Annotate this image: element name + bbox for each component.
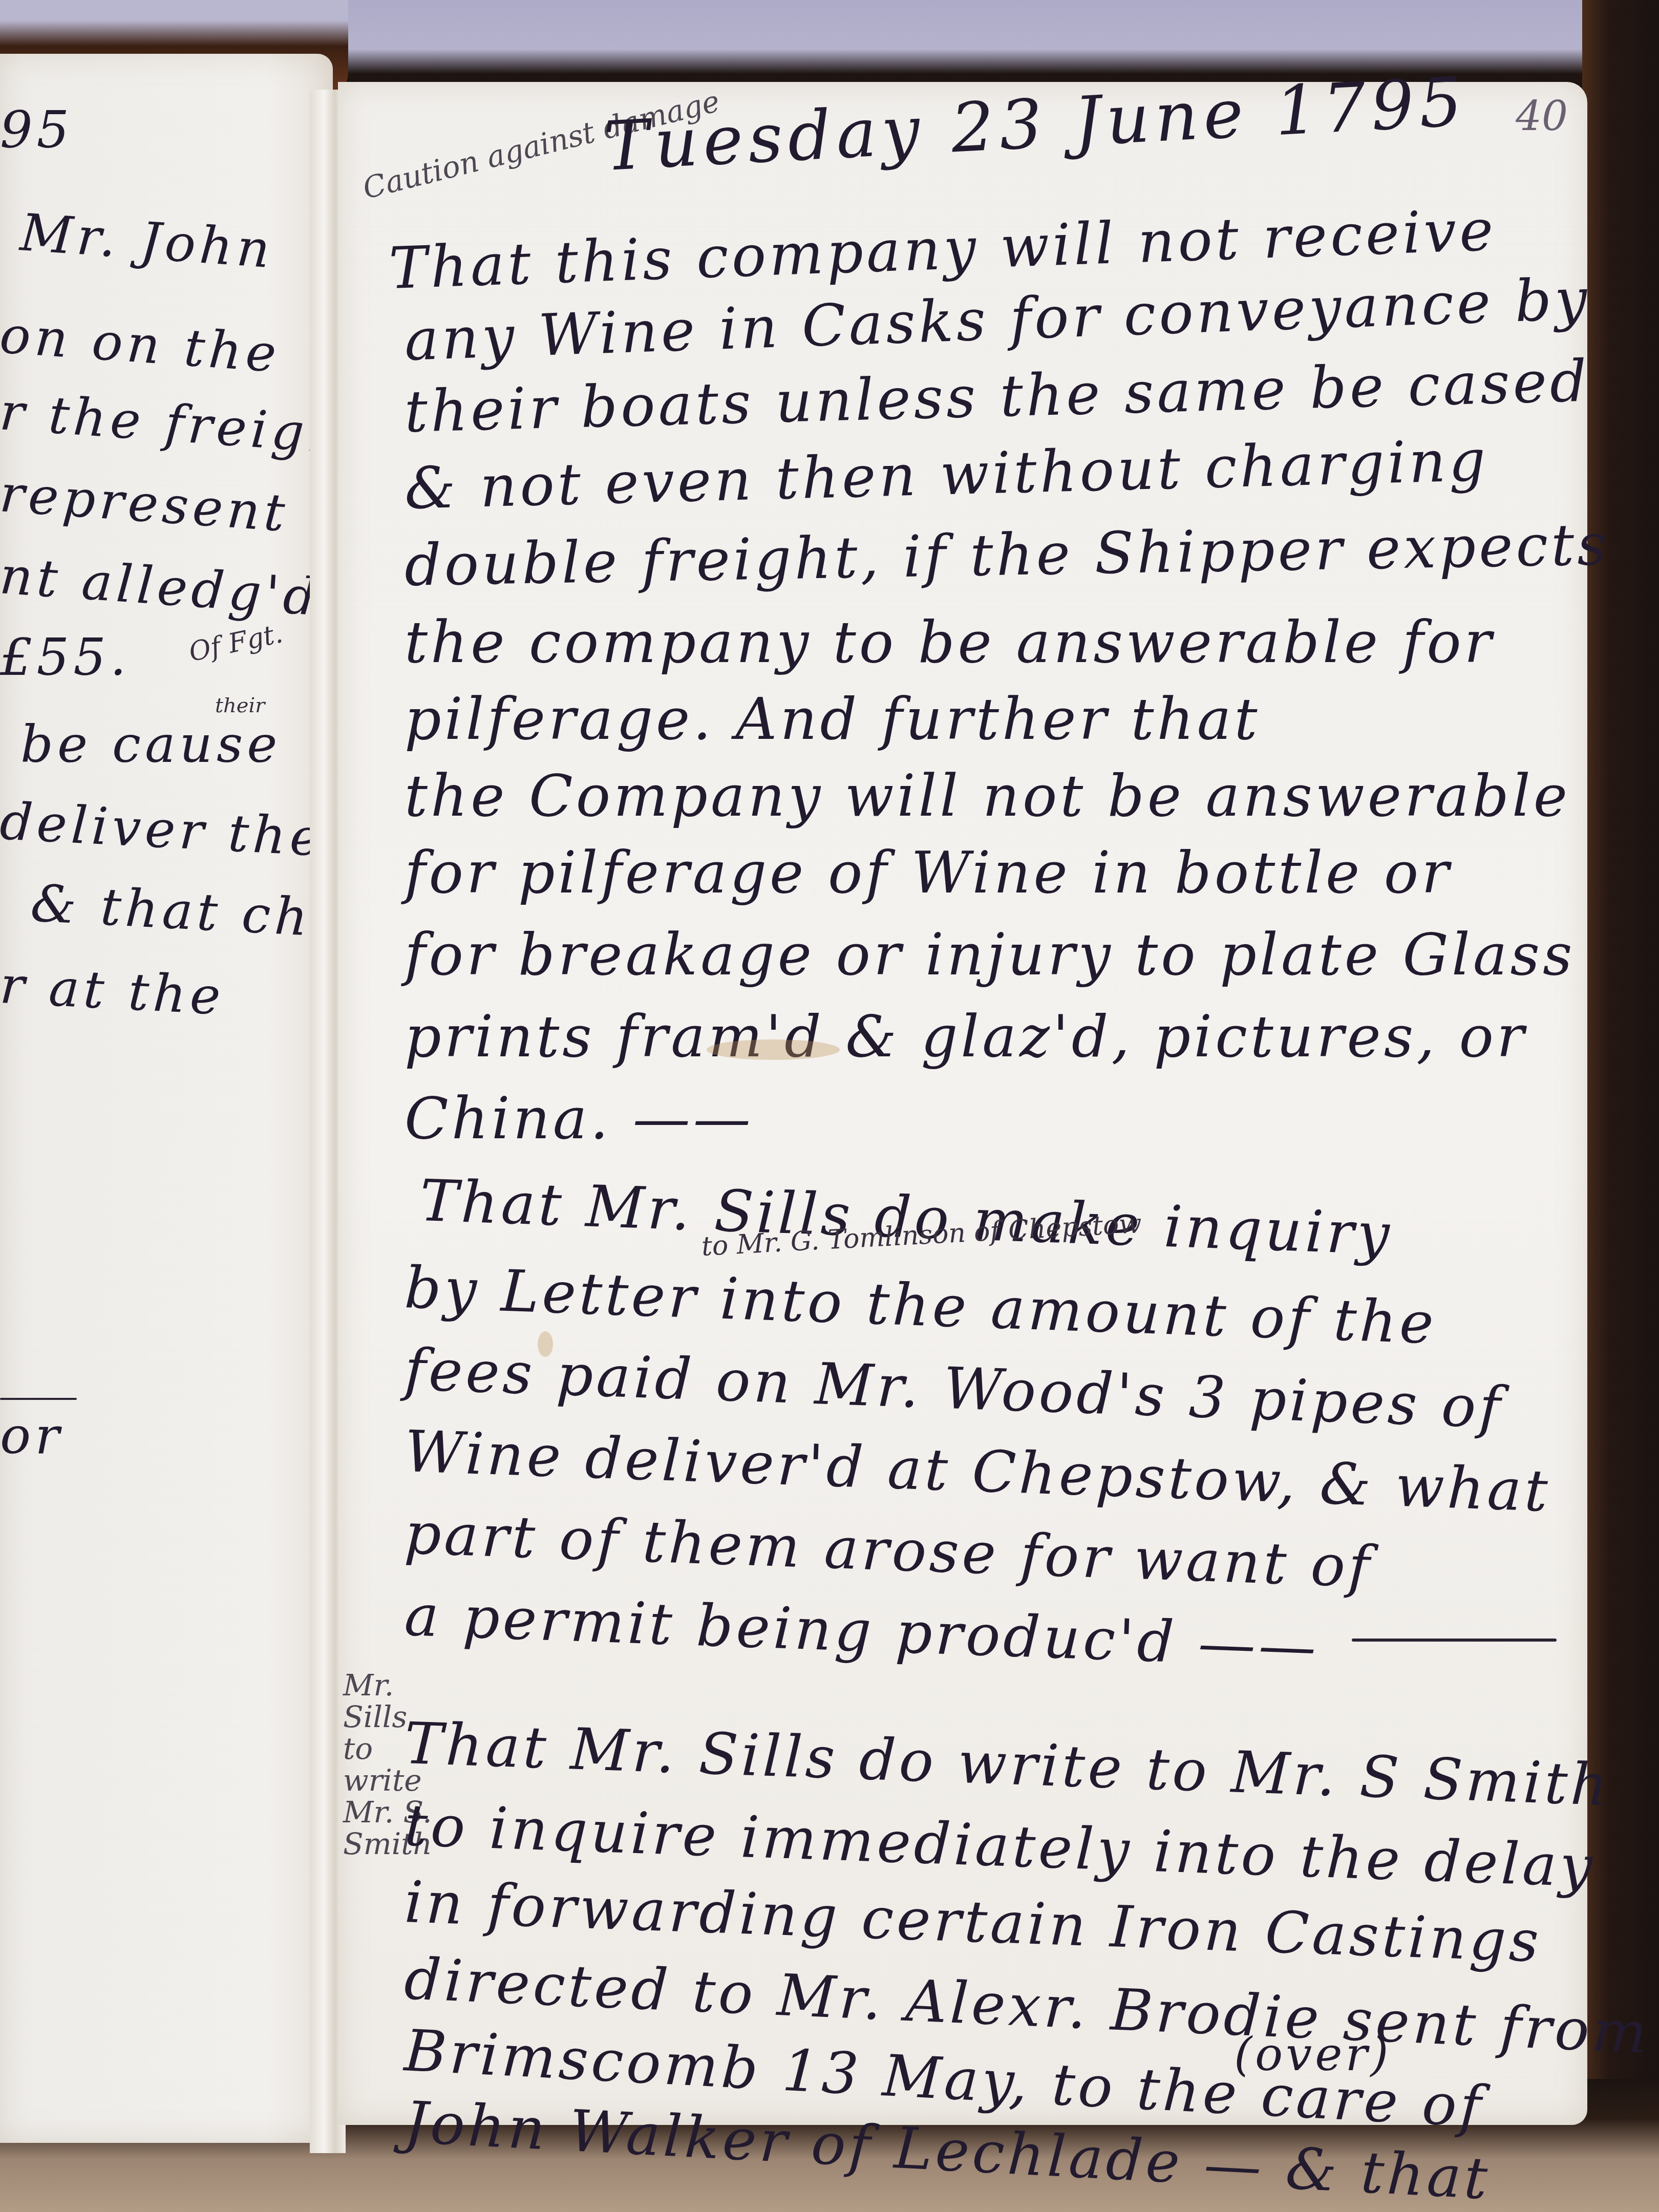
entry-line: for breakage or injury to plate Glass xyxy=(405,922,1576,988)
left-line: deliver the xyxy=(0,791,326,868)
line-rule xyxy=(1352,1639,1557,1642)
line-rule xyxy=(0,1398,77,1400)
catchword: (over) xyxy=(1234,2028,1392,2081)
entry-line: part of them arose for want of xyxy=(403,1500,1374,1601)
left-line: £55. xyxy=(0,627,131,687)
entry-line: China. —— xyxy=(405,1086,754,1152)
entry-line: the company to be answerable for xyxy=(405,609,1495,676)
left-page: 95 Mr. John on on the r the freight repr… xyxy=(0,54,333,2143)
left-line: or xyxy=(0,1406,63,1465)
entry-line: That Mr. Sills do make inquiry xyxy=(419,1167,1394,1268)
marginal-note: Of Fgt. xyxy=(186,618,286,668)
paper-stain xyxy=(707,1039,840,1060)
left-line: Mr. John xyxy=(18,202,276,280)
left-line: be cause xyxy=(20,714,282,774)
entry-line: for pilferage of Wine in bottle or xyxy=(405,840,1452,906)
entry-line: pilferage. And further that xyxy=(405,686,1260,753)
header-fragment: 95 xyxy=(0,100,73,160)
left-line: represent xyxy=(0,463,291,543)
right-page: 40 Caution against damage Tuesday 23 Jun… xyxy=(338,82,1587,2125)
paper-stain xyxy=(538,1331,553,1357)
entry-line: double freight, if the Shipper expects xyxy=(404,512,1610,599)
left-line: nt alledg'd xyxy=(0,545,322,627)
left-line: & that ch xyxy=(29,873,313,948)
entry-line: a permit being produc'd —— xyxy=(403,1582,1321,1681)
page-number: 40 xyxy=(1516,92,1568,140)
entry-line: & not even then without charging xyxy=(403,428,1489,522)
left-line: r at the xyxy=(0,955,226,1027)
entry-line: prints fram'd & glaz'd, pictures, or xyxy=(405,1004,1527,1070)
entry-line: the Company will not be answerable xyxy=(405,763,1570,829)
left-line: on on the xyxy=(0,305,282,384)
